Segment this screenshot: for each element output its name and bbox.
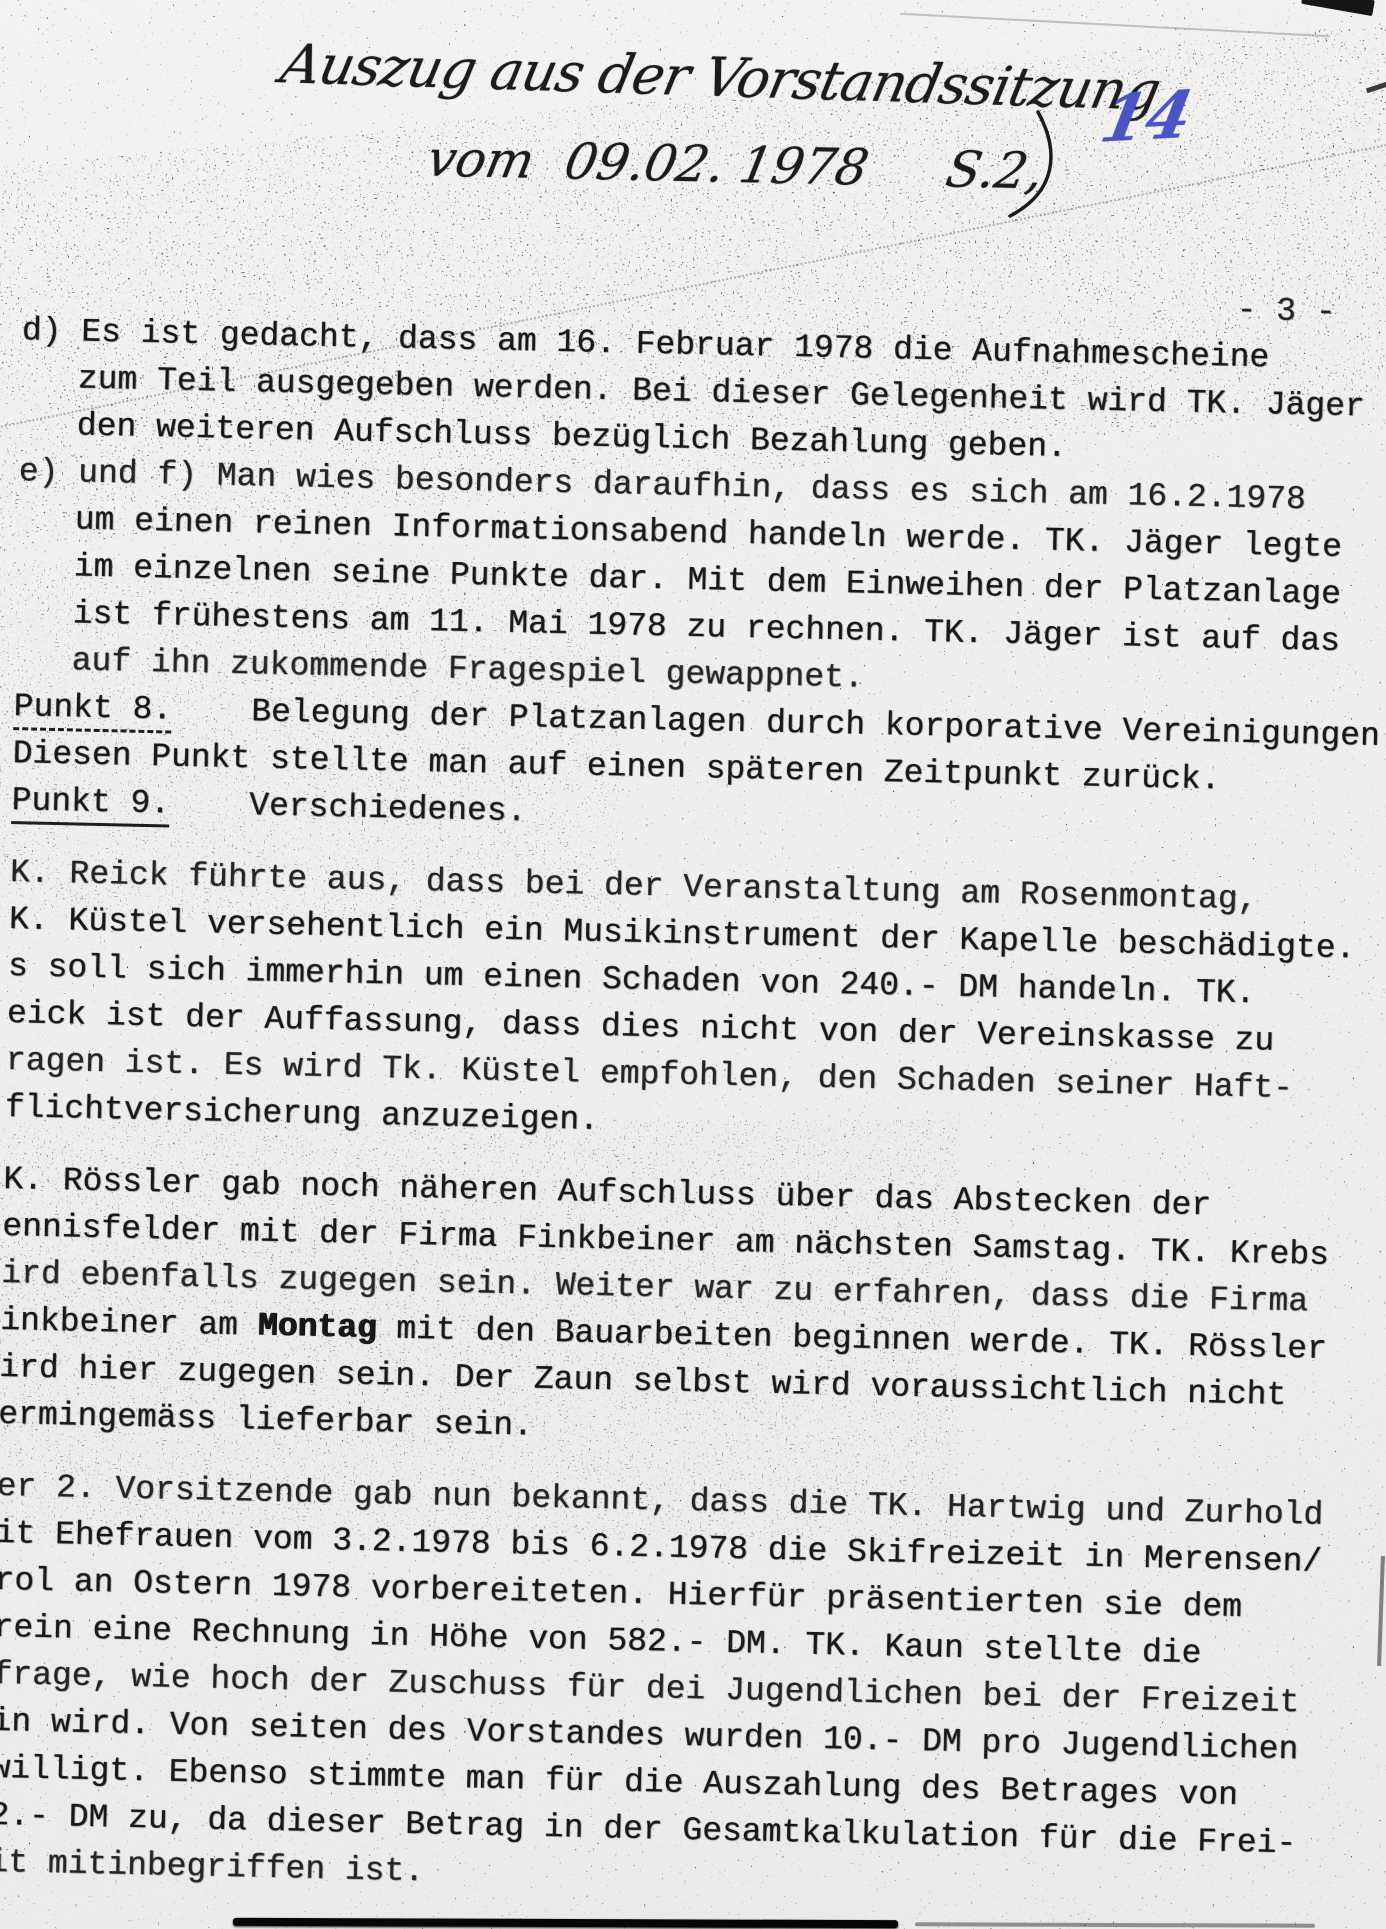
text-segment: Verschiedenes. (170, 786, 527, 831)
underlined-heading: Punkt 8. (13, 688, 172, 733)
text-segment: inkbeiner am (0, 1302, 258, 1345)
scanned-document-page: Auszug aus der Vorstandssitzung vom 09.0… (0, 0, 1386, 1929)
scan-artifact-top-streak (900, 13, 1330, 38)
text-segment: - 3 - (1236, 292, 1336, 331)
handwritten-page-number: 14 (1095, 77, 1199, 158)
underlined-heading: Punkt 9. (11, 782, 170, 827)
scan-artifact-bottom-streak (233, 1918, 898, 1928)
handwritten-title: Auszug aus der Vorstandssitzung (276, 32, 1166, 122)
scan-artifact-right-edge-dash (1366, 80, 1386, 93)
typed-text-block: - 3 -d) Es ist gedacht, dass am 16. Febr… (0, 260, 1386, 1918)
scan-artifact-bottom-streak-faint (915, 1922, 1315, 1927)
text-segment: flichtversicherung anzuzeigen. (5, 1089, 600, 1139)
bold-word: Montag (257, 1308, 377, 1348)
text-segment: ermingemäss lieferbar sein. (0, 1396, 533, 1445)
handwritten-date-line: vom 09.02. 1978 S.2, (422, 130, 1049, 201)
scan-artifact-corner-mark (1301, 0, 1375, 16)
text-segment: it mitinbegriffen ist. (0, 1844, 424, 1890)
